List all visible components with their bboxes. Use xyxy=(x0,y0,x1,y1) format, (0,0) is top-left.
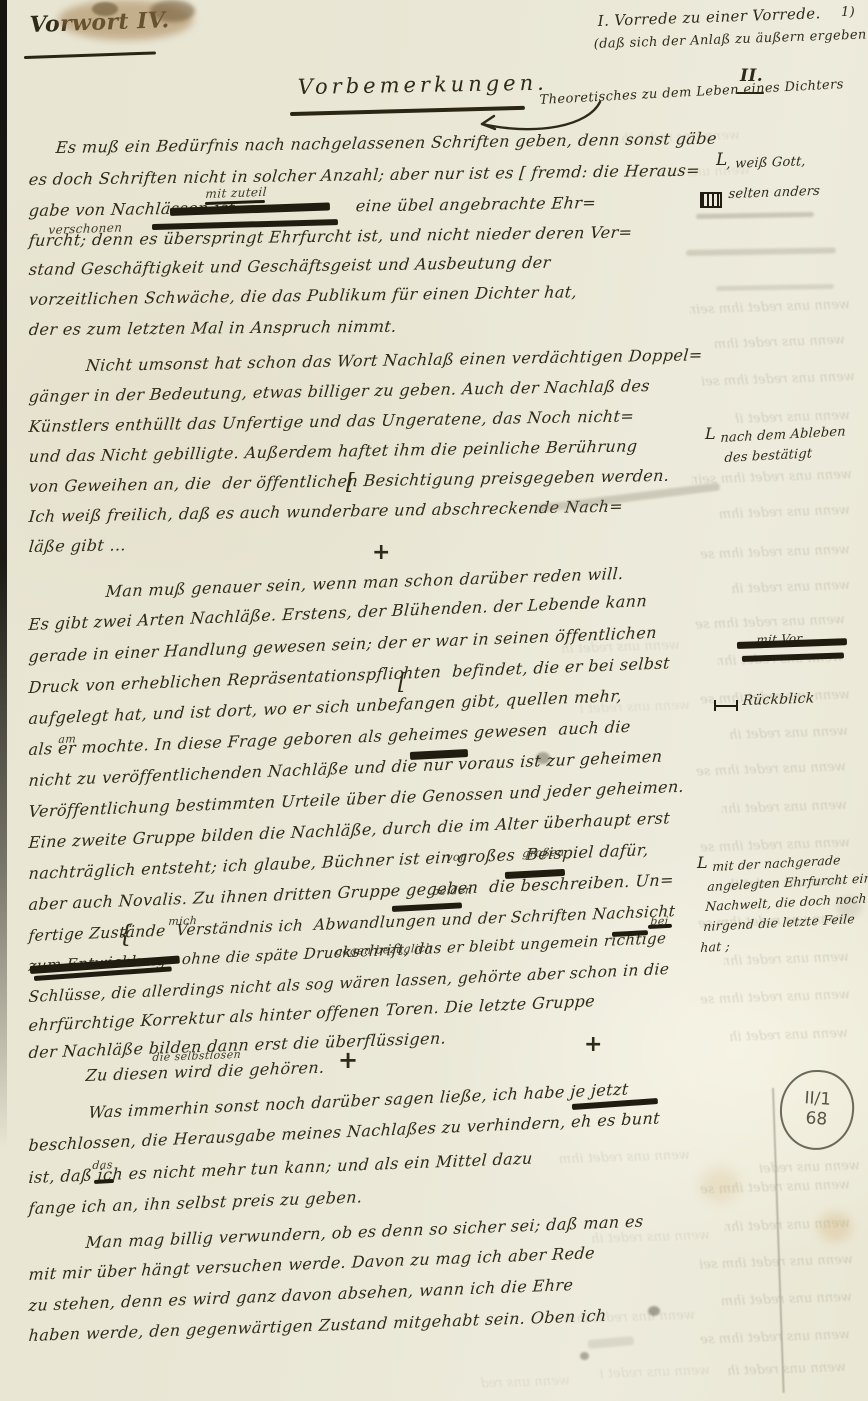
handwritten-line: es doch Schriften nicht in solcher Anzah… xyxy=(28,163,701,189)
smudge-mark xyxy=(696,212,814,219)
handwritten-line: und das Nicht gebilligte. Außerdem hafte… xyxy=(28,438,638,465)
margin-note: angelegten Ehrfurcht einer xyxy=(707,871,868,894)
paper-stain xyxy=(92,2,118,16)
title-left-underline xyxy=(24,51,156,59)
handwritten-line: fange ich an, ihn selbst preis zu geben. xyxy=(28,1189,363,1218)
archive-stamp: II/1 68 xyxy=(777,1068,856,1153)
bleedthrough-line: wenn uns redet ihm sein und der nach dem… xyxy=(722,798,847,817)
insertion-word: das xyxy=(92,1159,113,1171)
handwritten-line: läße gibt ... xyxy=(28,537,127,556)
section-separator: + xyxy=(338,1046,358,1074)
smudge-mark xyxy=(686,247,836,256)
margin-note: selten anders xyxy=(728,185,820,202)
bleedthrough-line: wenn uns redet ihm sein und der nach dem… xyxy=(696,759,846,779)
bleedthrough-line: wenn uns redet ihm sein und der nach dem… xyxy=(724,950,849,969)
bleedthrough-line: wenn uns redet ihm sein und der nach dem… xyxy=(728,724,848,743)
bleedthrough-line: wenn uns redet ihm sein und der nach dem… xyxy=(700,987,850,1007)
paper-stain xyxy=(648,1306,660,1316)
handwritten-line: der es zum letzten Mal in Anspruch nimmt… xyxy=(28,319,397,339)
insertion-mark: L xyxy=(716,152,727,169)
insertion-word: mit zuteil xyxy=(205,186,267,201)
insertion-mark: L xyxy=(705,426,716,442)
paper-stain xyxy=(580,1352,589,1360)
handwritten-line: stand Geschäftigkeit und Geschäftsgeist … xyxy=(28,255,551,279)
insertion-word: beiden xyxy=(432,885,473,898)
margin-note: , weiß Gott, xyxy=(726,155,806,171)
paper-fold-line xyxy=(772,1088,785,1393)
bleedthrough-line: wenn uns redet ihm sein und der nach dem… xyxy=(722,1290,852,1310)
insertion-mark: { xyxy=(118,922,133,946)
section-separator: + xyxy=(584,1032,602,1057)
bleedthrough-line: wenn uns redet ihm sein und der nach dem… xyxy=(600,1363,710,1382)
header-superscript: 1) xyxy=(841,6,855,20)
margin-note: mit der nachgerade xyxy=(712,853,841,873)
paper-stain xyxy=(150,0,195,22)
bleedthrough-line: wenn uns redet ihm sein und der nach dem… xyxy=(690,297,850,318)
smudge-mark xyxy=(588,1336,635,1349)
paper-stain xyxy=(818,1212,852,1242)
margin-note: hat ; xyxy=(700,939,730,954)
stamp-line1: II/1 xyxy=(804,1090,832,1111)
bleedthrough-line: wenn uns redet ihm sein und der nach dem… xyxy=(720,503,850,523)
handwritten-line: Künstlers enthüllt das Unfertige und das… xyxy=(28,408,635,435)
smudge-mark xyxy=(716,284,834,291)
handwritten-line: Zu diesen wird die gehören. xyxy=(85,1060,325,1085)
strikethrough-bar xyxy=(648,924,672,929)
handwritten-line: gänger in der Bedeutung, etwas billiger … xyxy=(28,378,651,406)
insertion-box-mark xyxy=(700,192,722,208)
insertion-word: mich xyxy=(168,915,198,928)
bleedthrough-line: wenn uns redet ihm sein und der nach dem… xyxy=(698,1252,853,1272)
insertion-mark: L xyxy=(697,855,708,871)
page-left-edge xyxy=(0,0,7,1401)
insertion-word: großen xyxy=(522,846,565,859)
bleedthrough-line: wenn uns redet ihm sein und der nach dem… xyxy=(700,542,850,562)
insertion-word: die selbstlosen xyxy=(152,1049,241,1064)
handwritten-line: Nicht umsonst hat schon das Wort Nachlaß… xyxy=(85,347,703,375)
handwritten-line: Ich weiß freilich, daß es auch wunderbar… xyxy=(28,499,624,526)
bleedthrough-line: wenn uns redet ihm sein und der nach dem… xyxy=(715,333,845,353)
handwritten-line: haben werde, den gegenwärtigen Zustand m… xyxy=(28,1308,607,1345)
bleedthrough-line: wenn uns redet ihm sein und der nach dem… xyxy=(700,369,855,389)
insertion-mark: [ xyxy=(346,472,355,494)
handwritten-line: vorzeitlichen Schwäche, die das Publikum… xyxy=(28,284,578,308)
bleedthrough-line: wenn uns redet ihm sein und der nach dem… xyxy=(726,1360,846,1379)
insertion-word: von xyxy=(446,851,468,863)
header-note-line2: (daß sich der Anlaß zu äußern ergeben ) xyxy=(594,28,868,52)
section-separator: + xyxy=(372,540,390,565)
bleedthrough-line: wenn uns redet ihm sein und der nach dem… xyxy=(695,612,845,632)
reference-mark xyxy=(714,700,738,711)
bleedthrough-line: wenn uns redet ihm sein und der nach dem… xyxy=(728,1026,848,1045)
bleedthrough-line: wenn uns redet ihm sein und der nach dem… xyxy=(730,578,850,597)
page-title: Vorbemerkungen. xyxy=(298,72,548,98)
insertion-word: verschonen xyxy=(48,221,123,236)
manuscript-page: Vorwort IV. I. Vorrede zu einer Vorrede.… xyxy=(0,0,868,1401)
stamp-line2: 68 xyxy=(805,1109,828,1130)
bleedthrough-line: wenn uns redet ihm sein und der nach dem… xyxy=(700,1327,850,1347)
margin-note: Rückblick xyxy=(742,691,815,708)
bleedthrough-line: wenn uns redet ihm sein und der nach dem… xyxy=(560,1148,690,1168)
bleedthrough-line: wenn uns redet ihm sein und der nach dem… xyxy=(480,1373,570,1391)
insertion-mark: [ xyxy=(398,672,407,694)
strikethrough-bar xyxy=(737,638,847,649)
insertion-word: am xyxy=(58,733,77,745)
header-note-line1: I. Vorrede zu einer Vorrede. xyxy=(597,6,820,30)
margin-note: des bestätigt xyxy=(724,447,813,465)
handwritten-line: Es muß ein Bedürfnis nach nachgelassenen… xyxy=(55,131,718,157)
margin-note: nach dem Ableben xyxy=(720,425,846,445)
paper-stain xyxy=(700,1168,740,1202)
